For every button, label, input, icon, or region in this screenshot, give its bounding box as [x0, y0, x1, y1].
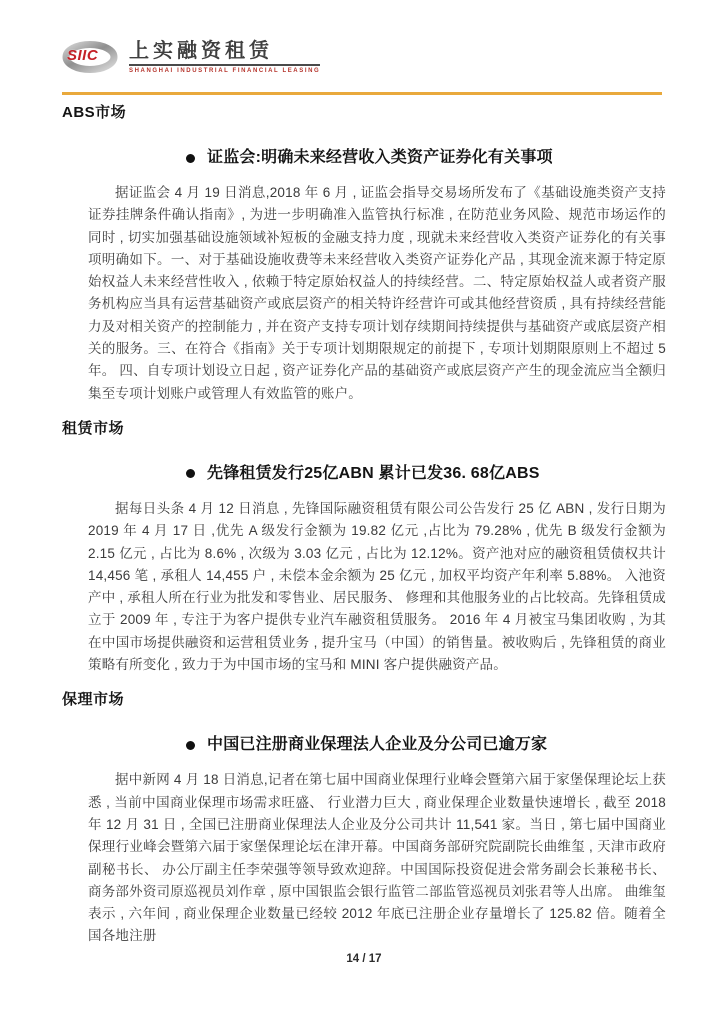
section-title: ABS市场 — [62, 103, 668, 123]
bullet-icon — [186, 469, 195, 478]
page-content: ABS市场 证监会:明确未来经营收入类资产证券化有关事项 据证监会 4 月 19… — [62, 103, 668, 948]
header-divider — [62, 92, 662, 95]
section-factoring-market: 保理市场 中国已注册商业保理法人企业及分公司已逾万家 据中新网 4 月 18 日… — [62, 690, 668, 947]
section-title: 保理市场 — [62, 690, 668, 710]
article-headline-row: 证监会:明确未来经营收入类资产证券化有关事项 — [186, 147, 668, 169]
bullet-icon — [186, 741, 195, 750]
company-logo: SIIC 上实融资租赁 SHANGHAI INDUSTRIAL FINANCIA… — [62, 36, 668, 84]
article-headline: 先锋租赁发行25亿ABN 累计已发36. 68亿ABS — [207, 463, 540, 485]
siic-wordmark: SIIC — [67, 47, 98, 64]
article-body: 据每日头条 4 月 12 日消息 , 先锋国际融资租赁有限公司公告发行 25 亿… — [88, 498, 666, 676]
section-abs-market: ABS市场 证监会:明确未来经营收入类资产证券化有关事项 据证监会 4 月 19… — [62, 103, 668, 405]
page-footer: 14 / 17 — [62, 953, 668, 965]
section-title: 租赁市场 — [62, 419, 668, 439]
document-page: SIIC 上实融资租赁 SHANGHAI INDUSTRIAL FINANCIA… — [0, 0, 724, 1023]
siic-logo-icon: SIIC — [62, 36, 120, 76]
article-body: 据证监会 4 月 19 日消息,2018 年 6 月 , 证监会指导交易场所发布… — [88, 182, 666, 405]
article-headline-row: 中国已注册商业保理法人企业及分公司已逾万家 — [186, 734, 668, 756]
logo-text-block: 上实融资租赁 SHANGHAI INDUSTRIAL FINANCIAL LEA… — [129, 36, 320, 74]
section-leasing-market: 租赁市场 先锋租赁发行25亿ABN 累计已发36. 68亿ABS 据每日头条 4… — [62, 419, 668, 676]
page-header: SIIC 上实融资租赁 SHANGHAI INDUSTRIAL FINANCIA… — [62, 36, 668, 95]
article-headline: 中国已注册商业保理法人企业及分公司已逾万家 — [207, 734, 547, 756]
company-name-en: SHANGHAI INDUSTRIAL FINANCIAL LEASING — [129, 68, 320, 74]
bullet-icon — [186, 154, 195, 163]
company-name-cn: 上实融资租赁 — [129, 39, 320, 66]
article-headline: 证监会:明确未来经营收入类资产证券化有关事项 — [207, 147, 553, 169]
article-headline-row: 先锋租赁发行25亿ABN 累计已发36. 68亿ABS — [186, 463, 668, 485]
page-number: 14 / 17 — [62, 953, 666, 965]
article-body: 据中新网 4 月 18 日消息,记者在第七届中国商业保理行业峰会暨第六届于家堡保… — [88, 769, 666, 947]
